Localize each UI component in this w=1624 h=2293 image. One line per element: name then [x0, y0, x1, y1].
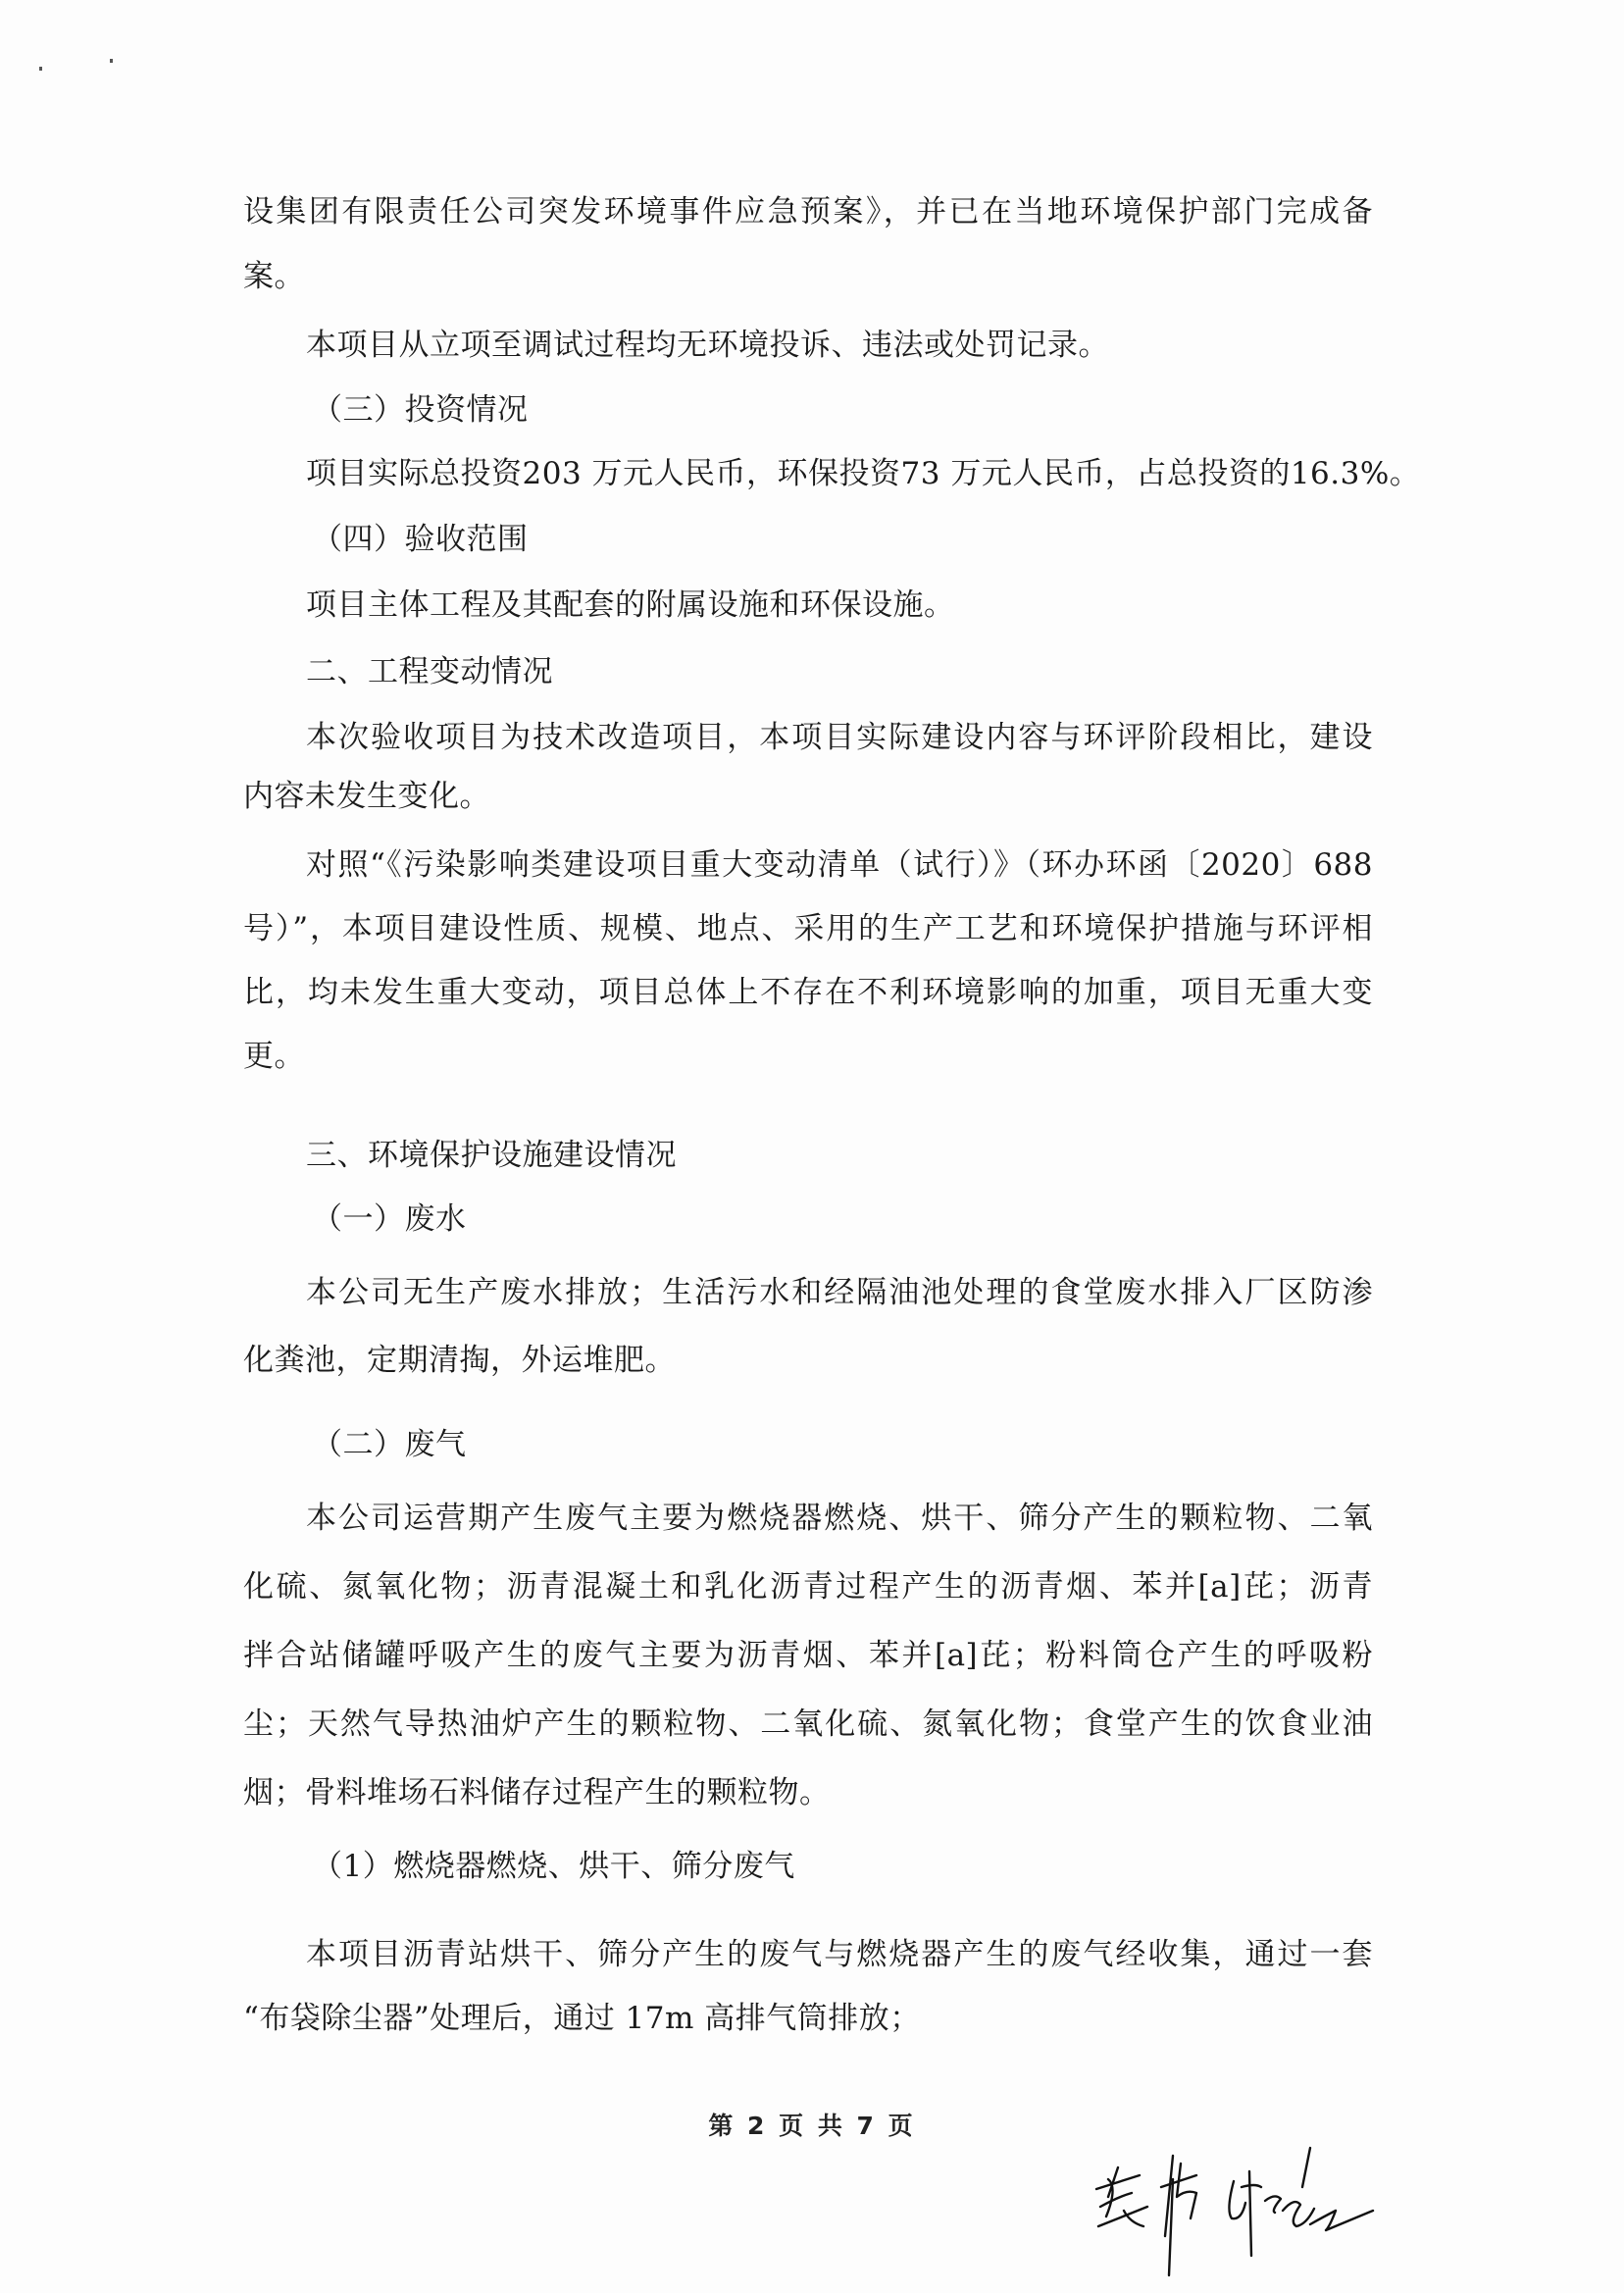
scan-speck — [110, 59, 113, 63]
paragraph-line: 拌合站储罐呼吸产生的废气主要为沥青烟、苯并[a]芘；粉料筒仓产生的呼吸粉 — [243, 1636, 1373, 1675]
section-heading: 三、环境保护设施建设情况 — [306, 1136, 677, 1175]
paragraph-line: 号）”，本项目建设性质、规模、地点、采用的生产工艺和环境保护措施与环评相 — [243, 909, 1373, 948]
section-heading: （1）燃烧器燃烧、烘干、筛分废气 — [312, 1847, 795, 1886]
paragraph-line: 尘；天然气导热油炉产生的颗粒物、二氧化硫、氮氧化物；食堂产生的饮食业油 — [243, 1705, 1373, 1744]
paragraph-line: 案。 — [243, 257, 305, 296]
paragraph-line: 本次验收项目为技术改造项目，本项目实际建设内容与环评阶段相比，建设 — [306, 718, 1373, 757]
paragraph-line: 化硫、氮氧化物；沥青混凝土和乳化沥青过程产生的沥青烟、苯并[a]芘；沥青 — [243, 1567, 1373, 1606]
signature-icon — [1079, 2128, 1471, 2285]
paragraph-line: 本项目沥青站烘干、筛分产生的废气与燃烧器产生的废气经收集，通过一套 — [306, 1935, 1373, 1974]
paragraph-line: 比，均未发生重大变动，项目总体上不存在不利环境影响的加重，项目无重大变 — [243, 973, 1373, 1012]
scan-speck — [39, 67, 42, 71]
paragraph-line: “布袋除尘器”处理后，通过 17m 高排气筒排放； — [243, 1999, 921, 2038]
document-page: 设集团有限责任公司突发环境事件应急预案》，并已在当地环境保护部门完成备 案。 本… — [0, 0, 1624, 2293]
paragraph-line: 对照“《污染影响类建设项目重大变动清单（试行）》（环办环函〔2020〕688 — [306, 845, 1373, 885]
section-heading: 二、工程变动情况 — [306, 652, 553, 691]
section-heading: （四）验收范围 — [312, 520, 529, 559]
paragraph-line: 化粪池，定期清掏，外运堆肥。 — [243, 1341, 676, 1380]
paragraph-line: 本公司运营期产生废气主要为燃烧器燃烧、烘干、筛分产生的颗粒物、二氧 — [306, 1499, 1373, 1538]
paragraph-line: 项目主体工程及其配套的附属设施和环保设施。 — [306, 586, 955, 625]
paragraph-line: 设集团有限责任公司突发环境事件应急预案》，并已在当地环境保护部门完成备 — [243, 192, 1373, 231]
paragraph-line: 烟；骨料堆场石料储存过程产生的颗粒物。 — [243, 1773, 831, 1812]
paragraph-line: 本公司无生产废水排放；生活污水和经隔油池处理的食堂废水排入厂区防渗 — [306, 1273, 1373, 1312]
section-heading: （一）废水 — [312, 1199, 467, 1239]
paragraph-line: 内容未发生变化。 — [243, 777, 490, 816]
paragraph-line: 本项目从立项至调试过程均无环境投诉、违法或处罚记录。 — [306, 326, 1109, 365]
section-heading: （二）废气 — [312, 1425, 467, 1464]
section-heading: （三）投资情况 — [312, 390, 529, 430]
paragraph-line: 更。 — [243, 1037, 305, 1076]
investment-line: 项目实际总投资203 万元人民币，环保投资73 万元人民币，占总投资的16.3%… — [306, 454, 1373, 493]
